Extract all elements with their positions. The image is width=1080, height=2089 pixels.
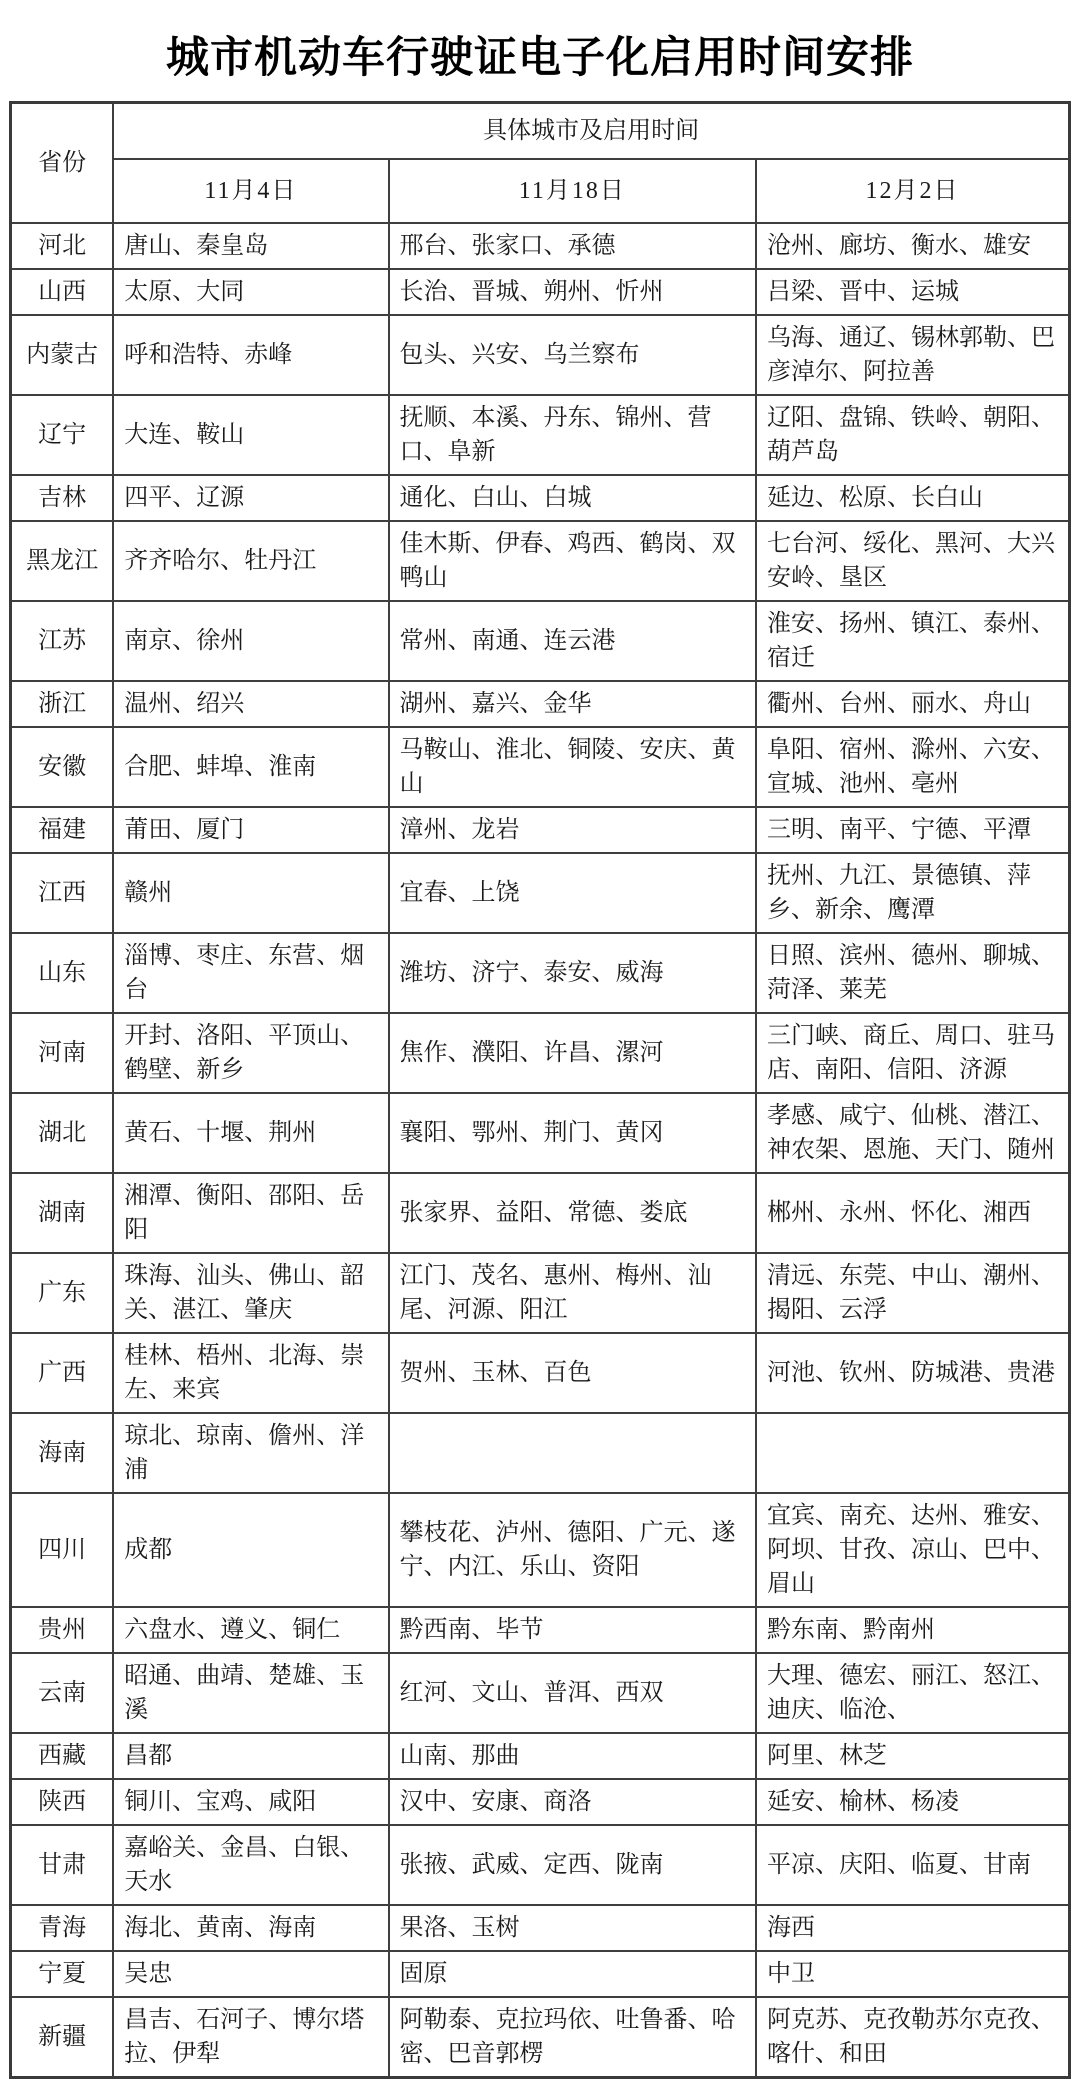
group-column-header: 具体城市及启用时间 — [113, 103, 1069, 160]
table-row: 新疆 昌吉、石河子、博尔塔拉、伊犁 阿勒泰、克拉玛依、吐鲁番、哈密、巴音郭楞 阿… — [11, 1997, 1070, 2078]
cities-cell-nov18: 宜春、上饶 — [389, 853, 756, 933]
cities-cell-nov4: 合肥、蚌埠、淮南 — [113, 727, 388, 807]
cities-cell-nov18: 山南、那曲 — [389, 1733, 756, 1779]
cities-cell-nov18: 贺州、玉林、百色 — [389, 1333, 756, 1413]
province-cell: 广东 — [11, 1253, 114, 1333]
cities-cell-dec2: 郴州、永州、怀化、湘西 — [756, 1173, 1069, 1253]
cities-cell-nov4: 铜川、宝鸡、咸阳 — [113, 1779, 388, 1825]
province-cell: 辽宁 — [11, 395, 114, 475]
cities-cell-dec2: 日照、滨州、德州、聊城、菏泽、莱芜 — [756, 933, 1069, 1013]
cities-cell-nov18 — [389, 1413, 756, 1493]
province-cell: 山东 — [11, 933, 114, 1013]
header-row-group: 省份 具体城市及启用时间 — [11, 103, 1070, 160]
cities-cell-nov4: 太原、大同 — [113, 269, 388, 315]
cities-cell-nov4: 桂林、梧州、北海、崇左、来宾 — [113, 1333, 388, 1413]
cities-cell-nov4: 吴忠 — [113, 1951, 388, 1997]
province-cell: 新疆 — [11, 1997, 114, 2078]
cities-cell-dec2 — [756, 1413, 1069, 1493]
cities-cell-nov18: 果洛、玉树 — [389, 1905, 756, 1951]
cities-cell-nov4: 昌吉、石河子、博尔塔拉、伊犁 — [113, 1997, 388, 2078]
province-cell: 湖北 — [11, 1093, 114, 1173]
cities-cell-dec2: 黔东南、黔南州 — [756, 1607, 1069, 1653]
table-row: 西藏 昌都 山南、那曲 阿里、林芝 — [11, 1733, 1070, 1779]
province-column-header: 省份 — [11, 103, 114, 224]
province-cell: 山西 — [11, 269, 114, 315]
cities-cell-nov4: 唐山、秦皇岛 — [113, 223, 388, 269]
cities-cell-dec2: 延边、松原、长白山 — [756, 475, 1069, 521]
cities-cell-nov4: 四平、辽源 — [113, 475, 388, 521]
province-cell: 海南 — [11, 1413, 114, 1493]
cities-cell-dec2: 阿克苏、克孜勒苏尔克孜、喀什、和田 — [756, 1997, 1069, 2078]
table-row: 山西 太原、大同 长治、晋城、朔州、忻州 吕梁、晋中、运城 — [11, 269, 1070, 315]
cities-cell-nov4: 温州、绍兴 — [113, 681, 388, 727]
cities-cell-nov18: 通化、白山、白城 — [389, 475, 756, 521]
province-cell: 安徽 — [11, 727, 114, 807]
date-header-nov18: 11月18日 — [389, 159, 756, 223]
cities-cell-dec2: 吕梁、晋中、运城 — [756, 269, 1069, 315]
table-row: 江西 赣州 宜春、上饶 抚州、九江、景德镇、萍乡、新余、鹰潭 — [11, 853, 1070, 933]
cities-cell-nov18: 黔西南、毕节 — [389, 1607, 756, 1653]
table-row: 海南 琼北、琼南、儋州、洋浦 — [11, 1413, 1070, 1493]
province-cell: 甘肃 — [11, 1825, 114, 1905]
table-row: 辽宁 大连、鞍山 抚顺、本溪、丹东、锦州、营口、阜新 辽阳、盘锦、铁岭、朝阳、葫… — [11, 395, 1070, 475]
cities-cell-nov18: 张掖、武威、定西、陇南 — [389, 1825, 756, 1905]
table-row: 山东 淄博、枣庄、东营、烟台 潍坊、济宁、泰安、威海 日照、滨州、德州、聊城、菏… — [11, 933, 1070, 1013]
table-row: 湖北 黄石、十堰、荆州 襄阳、鄂州、荆门、黄冈 孝感、咸宁、仙桃、潜江、神农架、… — [11, 1093, 1070, 1173]
cities-cell-dec2: 大理、德宏、丽江、怒江、迪庆、临沧、 — [756, 1653, 1069, 1733]
header-row-dates: 11月4日 11月18日 12月2日 — [11, 159, 1070, 223]
table-row: 四川 成都 攀枝花、泸州、德阳、广元、遂宁、内江、乐山、资阳 宜宾、南充、达州、… — [11, 1493, 1070, 1607]
cities-cell-nov4: 大连、鞍山 — [113, 395, 388, 475]
cities-cell-nov18: 固原 — [389, 1951, 756, 1997]
province-cell: 贵州 — [11, 1607, 114, 1653]
cities-cell-nov4: 琼北、琼南、儋州、洋浦 — [113, 1413, 388, 1493]
cities-cell-nov18: 焦作、濮阳、许昌、漯河 — [389, 1013, 756, 1093]
cities-cell-dec2: 延安、榆林、杨凌 — [756, 1779, 1069, 1825]
province-cell: 江苏 — [11, 601, 114, 681]
province-cell: 陕西 — [11, 1779, 114, 1825]
province-cell: 河南 — [11, 1013, 114, 1093]
cities-cell-nov4: 海北、黄南、海南 — [113, 1905, 388, 1951]
province-cell: 云南 — [11, 1653, 114, 1733]
province-cell: 广西 — [11, 1333, 114, 1413]
cities-cell-nov4: 昭通、曲靖、楚雄、玉溪 — [113, 1653, 388, 1733]
cities-cell-dec2: 七台河、绥化、黑河、大兴安岭、垦区 — [756, 521, 1069, 601]
table-row: 青海 海北、黄南、海南 果洛、玉树 海西 — [11, 1905, 1070, 1951]
cities-cell-nov4: 齐齐哈尔、牡丹江 — [113, 521, 388, 601]
date-header-nov4: 11月4日 — [113, 159, 388, 223]
cities-cell-dec2: 衢州、台州、丽水、舟山 — [756, 681, 1069, 727]
table-row: 浙江 温州、绍兴 湖州、嘉兴、金华 衢州、台州、丽水、舟山 — [11, 681, 1070, 727]
cities-cell-nov4: 嘉峪关、金昌、白银、天水 — [113, 1825, 388, 1905]
table-row: 甘肃 嘉峪关、金昌、白银、天水 张掖、武威、定西、陇南 平凉、庆阳、临夏、甘南 — [11, 1825, 1070, 1905]
cities-cell-dec2: 淮安、扬州、镇江、泰州、宿迁 — [756, 601, 1069, 681]
table-row: 内蒙古 呼和浩特、赤峰 包头、兴安、乌兰察布 乌海、通辽、锡林郭勒、巴彦淖尔、阿… — [11, 315, 1070, 395]
table-row: 广西 桂林、梧州、北海、崇左、来宾 贺州、玉林、百色 河池、钦州、防城港、贵港 — [11, 1333, 1070, 1413]
table-row: 吉林 四平、辽源 通化、白山、白城 延边、松原、长白山 — [11, 475, 1070, 521]
table-row: 陕西 铜川、宝鸡、咸阳 汉中、安康、商洛 延安、榆林、杨凌 — [11, 1779, 1070, 1825]
cities-cell-dec2: 乌海、通辽、锡林郭勒、巴彦淖尔、阿拉善 — [756, 315, 1069, 395]
province-cell: 河北 — [11, 223, 114, 269]
cities-cell-nov18: 湖州、嘉兴、金华 — [389, 681, 756, 727]
table-row: 贵州 六盘水、遵义、铜仁 黔西南、毕节 黔东南、黔南州 — [11, 1607, 1070, 1653]
page: 城市机动车行驶证电子化启用时间安排 省份 具体城市及启用时间 11月4日 11月… — [0, 0, 1080, 2089]
table-row: 江苏 南京、徐州 常州、南通、连云港 淮安、扬州、镇江、泰州、宿迁 — [11, 601, 1070, 681]
cities-cell-nov18: 佳木斯、伊春、鸡西、鹤岗、双鸭山 — [389, 521, 756, 601]
cities-cell-nov4: 开封、洛阳、平顶山、鹤壁、新乡 — [113, 1013, 388, 1093]
schedule-table-body: 河北 唐山、秦皇岛 邢台、张家口、承德 沧州、廊坊、衡水、雄安 山西 太原、大同… — [11, 223, 1070, 2078]
cities-cell-dec2: 阜阳、宿州、滁州、六安、宣城、池州、亳州 — [756, 727, 1069, 807]
cities-cell-dec2: 平凉、庆阳、临夏、甘南 — [756, 1825, 1069, 1905]
cities-cell-dec2: 三明、南平、宁德、平潭 — [756, 807, 1069, 853]
table-row: 湖南 湘潭、衡阳、邵阳、岳阳 张家界、益阳、常德、娄底 郴州、永州、怀化、湘西 — [11, 1173, 1070, 1253]
province-cell: 内蒙古 — [11, 315, 114, 395]
cities-cell-nov4: 淄博、枣庄、东营、烟台 — [113, 933, 388, 1013]
table-row: 宁夏 吴忠 固原 中卫 — [11, 1951, 1070, 1997]
cities-cell-nov18: 张家界、益阳、常德、娄底 — [389, 1173, 756, 1253]
date-header-dec2: 12月2日 — [756, 159, 1069, 223]
cities-cell-nov18: 汉中、安康、商洛 — [389, 1779, 756, 1825]
province-cell: 西藏 — [11, 1733, 114, 1779]
cities-cell-nov18: 江门、茂名、惠州、梅州、汕尾、河源、阳江 — [389, 1253, 756, 1333]
cities-cell-nov4: 昌都 — [113, 1733, 388, 1779]
cities-cell-dec2: 中卫 — [756, 1951, 1069, 1997]
cities-cell-nov4: 成都 — [113, 1493, 388, 1607]
cities-cell-dec2: 三门峡、商丘、周口、驻马店、南阳、信阳、济源 — [756, 1013, 1069, 1093]
cities-cell-nov4: 赣州 — [113, 853, 388, 933]
table-row: 黑龙江 齐齐哈尔、牡丹江 佳木斯、伊春、鸡西、鹤岗、双鸭山 七台河、绥化、黑河、… — [11, 521, 1070, 601]
cities-cell-nov4: 呼和浩特、赤峰 — [113, 315, 388, 395]
cities-cell-nov18: 攀枝花、泸州、德阳、广元、遂宁、内江、乐山、资阳 — [389, 1493, 756, 1607]
cities-cell-nov18: 阿勒泰、克拉玛依、吐鲁番、哈密、巴音郭楞 — [389, 1997, 756, 2078]
province-cell: 青海 — [11, 1905, 114, 1951]
cities-cell-nov4: 莆田、厦门 — [113, 807, 388, 853]
cities-cell-dec2: 沧州、廊坊、衡水、雄安 — [756, 223, 1069, 269]
cities-cell-nov18: 长治、晋城、朔州、忻州 — [389, 269, 756, 315]
cities-cell-dec2: 河池、钦州、防城港、贵港 — [756, 1333, 1069, 1413]
cities-cell-nov18: 马鞍山、淮北、铜陵、安庆、黄山 — [389, 727, 756, 807]
cities-cell-dec2: 宜宾、南充、达州、雅安、阿坝、甘孜、凉山、巴中、眉山 — [756, 1493, 1069, 1607]
table-row: 河北 唐山、秦皇岛 邢台、张家口、承德 沧州、廊坊、衡水、雄安 — [11, 223, 1070, 269]
table-row: 云南 昭通、曲靖、楚雄、玉溪 红河、文山、普洱、西双 大理、德宏、丽江、怒江、迪… — [11, 1653, 1070, 1733]
cities-cell-nov18: 漳州、龙岩 — [389, 807, 756, 853]
cities-cell-nov18: 红河、文山、普洱、西双 — [389, 1653, 756, 1733]
cities-cell-nov18: 抚顺、本溪、丹东、锦州、营口、阜新 — [389, 395, 756, 475]
cities-cell-dec2: 辽阳、盘锦、铁岭、朝阳、葫芦岛 — [756, 395, 1069, 475]
province-cell: 宁夏 — [11, 1951, 114, 1997]
table-row: 广东 珠海、汕头、佛山、韶关、湛江、肇庆 江门、茂名、惠州、梅州、汕尾、河源、阳… — [11, 1253, 1070, 1333]
cities-cell-nov4: 六盘水、遵义、铜仁 — [113, 1607, 388, 1653]
cities-cell-dec2: 阿里、林芝 — [756, 1733, 1069, 1779]
province-cell: 浙江 — [11, 681, 114, 727]
province-cell: 四川 — [11, 1493, 114, 1607]
province-cell: 黑龙江 — [11, 521, 114, 601]
cities-cell-dec2: 抚州、九江、景德镇、萍乡、新余、鹰潭 — [756, 853, 1069, 933]
cities-cell-nov4: 湘潭、衡阳、邵阳、岳阳 — [113, 1173, 388, 1253]
page-title: 城市机动车行驶证电子化启用时间安排 — [9, 24, 1071, 85]
table-row: 河南 开封、洛阳、平顶山、鹤壁、新乡 焦作、濮阳、许昌、漯河 三门峡、商丘、周口… — [11, 1013, 1070, 1093]
province-cell: 吉林 — [11, 475, 114, 521]
cities-cell-nov4: 黄石、十堰、荆州 — [113, 1093, 388, 1173]
cities-cell-nov18: 潍坊、济宁、泰安、威海 — [389, 933, 756, 1013]
cities-cell-dec2: 清远、东莞、中山、潮州、揭阳、云浮 — [756, 1253, 1069, 1333]
cities-cell-nov18: 包头、兴安、乌兰察布 — [389, 315, 756, 395]
cities-cell-nov4: 珠海、汕头、佛山、韶关、湛江、肇庆 — [113, 1253, 388, 1333]
table-row: 福建 莆田、厦门 漳州、龙岩 三明、南平、宁德、平潭 — [11, 807, 1070, 853]
cities-cell-nov18: 常州、南通、连云港 — [389, 601, 756, 681]
cities-cell-nov4: 南京、徐州 — [113, 601, 388, 681]
province-cell: 福建 — [11, 807, 114, 853]
cities-cell-nov18: 邢台、张家口、承德 — [389, 223, 756, 269]
province-cell: 湖南 — [11, 1173, 114, 1253]
cities-cell-dec2: 孝感、咸宁、仙桃、潜江、神农架、恩施、天门、随州 — [756, 1093, 1069, 1173]
cities-cell-nov18: 襄阳、鄂州、荆门、黄冈 — [389, 1093, 756, 1173]
cities-cell-dec2: 海西 — [756, 1905, 1069, 1951]
province-cell: 江西 — [11, 853, 114, 933]
table-row: 安徽 合肥、蚌埠、淮南 马鞍山、淮北、铜陵、安庆、黄山 阜阳、宿州、滁州、六安、… — [11, 727, 1070, 807]
schedule-table: 省份 具体城市及启用时间 11月4日 11月18日 12月2日 河北 唐山、秦皇… — [9, 101, 1071, 2079]
